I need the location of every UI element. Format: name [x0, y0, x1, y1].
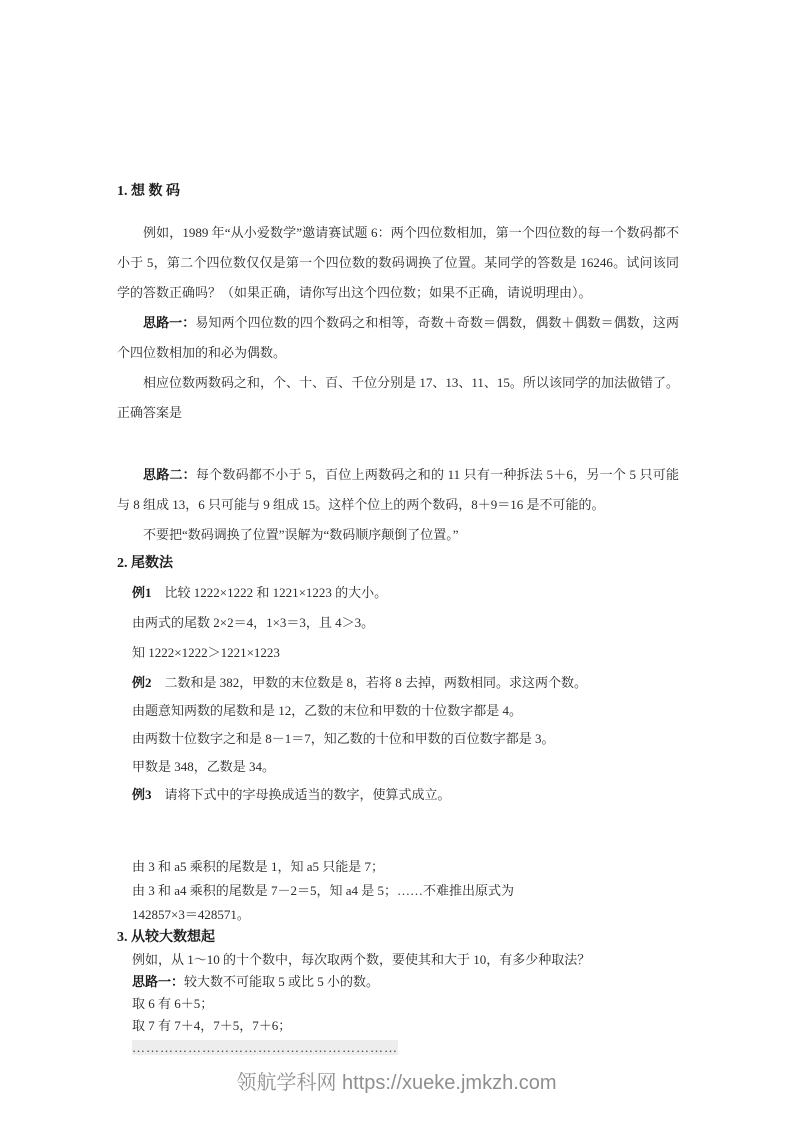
paragraph: 由两数十位数字之和是 8－1＝7，知乙数的十位和甲数的百位数字都是 3。 [117, 724, 679, 754]
paragraph: 相应位数两数码之和，个、十、百、千位分别是 17、13、11、15。所以该同学的… [117, 368, 679, 428]
paragraph-text: 相应位数两数码之和，个、十、百、千位分别是 17、13、11、15。所以该同学的… [117, 375, 679, 420]
paragraph-lead: 思路二： [143, 467, 196, 482]
example-label: 例2 [132, 675, 152, 690]
paragraph-text: 不要把“数码调换了位置”误解为“数码顺序颠倒了位置。” [143, 527, 459, 542]
ellipsis-line: ………………………………………………… [117, 1037, 679, 1059]
paragraph-text: 甲数是 348，乙数是 34。 [132, 759, 275, 774]
paragraph: 思路二：每个数码都不小于 5，百位上两数码之和的 11 只有一种拆法 5＋6，另… [117, 460, 679, 520]
paragraph: 知 1222×1222＞1221×1223 [117, 638, 679, 668]
paragraph: 甲数是 348，乙数是 34。 [117, 754, 679, 780]
paragraph-text: 由 3 和 a4 乘积的尾数是 7－2＝5，知 a4 是 5；……不难推出原式为 [132, 883, 514, 898]
paragraph-text: 较大数不可能取 5 或比 5 小的数。 [184, 974, 379, 989]
paragraph-text: 取 7 有 7＋4，7＋5，7＋6； [132, 1018, 291, 1033]
document-page: 1. 想 数 码 例如，1989 年“从小爱数学”邀请赛试题 6：两个四位数相加… [0, 0, 793, 1122]
paragraph: 由题意知两数的尾数和是 12，乙数的末位和甲数的十位数字都是 4。 [117, 698, 679, 724]
section-heading-3: 3. 从较大数想起 [117, 927, 679, 949]
paragraph-text: 例如，1989 年“从小爱数学”邀请赛试题 6：两个四位数相加，第一个四位数的每… [117, 225, 679, 300]
paragraph: 例如，从 1～10 的十个数中，每次取两个数，要使其和大于 10，有多少种取法？ [117, 949, 679, 971]
paragraph-text: 由两式的尾数 2×2＝4，1×3＝3，且 4＞3。 [132, 615, 374, 630]
paragraph-text: 请将下式中的字母换成适当的数字，使算式成立。 [165, 787, 451, 802]
document-body: 1. 想 数 码 例如，1989 年“从小爱数学”邀请赛试题 6：两个四位数相加… [117, 182, 679, 1059]
paragraph-lead: 思路一： [143, 315, 195, 330]
example-paragraph: 例3请将下式中的字母换成适当的数字，使算式成立。 [117, 780, 679, 810]
blank-figure-space [117, 810, 679, 855]
example-label: 例3 [132, 787, 152, 802]
example-paragraph: 例2二数和是 382，甲数的末位数是 8，若将 8 去掉，两数相同。求这两个数。 [117, 668, 679, 698]
section-heading-1: 1. 想 数 码 [117, 182, 679, 202]
paragraph-text: 每个数码都不小于 5，百位上两数码之和的 11 只有一种拆法 5＋6，另一个 5… [117, 467, 679, 512]
paragraph: 取 6 有 6＋5； [117, 993, 679, 1015]
paragraph: 142857×3＝428571。 [117, 903, 679, 927]
paragraph: 例如，1989 年“从小爱数学”邀请赛试题 6：两个四位数相加，第一个四位数的每… [117, 218, 679, 308]
site-watermark: 领航学科网 https://xueke.jmkzh.com [236, 1066, 556, 1095]
paragraph-text: 由 3 和 a5 乘积的尾数是 1，知 a5 只能是 7； [132, 859, 384, 874]
blank-figure-space [117, 428, 679, 460]
paragraph-text: 取 6 有 6＋5； [132, 996, 213, 1011]
paragraph-text: 由题意知两数的尾数和是 12，乙数的末位和甲数的十位数字都是 4。 [132, 703, 522, 718]
paragraph: 思路一：易知两个四位数的四个数码之和相等，奇数＋奇数＝偶数，偶数＋偶数＝偶数，这… [117, 308, 679, 368]
section-heading-2: 2. 尾数法 [117, 550, 679, 578]
paragraph-text: 二数和是 382，甲数的末位数是 8，若将 8 去掉，两数相同。求这两个数。 [165, 675, 588, 690]
paragraph-text: 由两数十位数字之和是 8－1＝7，知乙数的十位和甲数的百位数字都是 3。 [132, 731, 555, 746]
paragraph-text: 比较 1222×1222 和 1221×1223 的大小。 [165, 585, 388, 600]
ellipsis-dots: ………………………………………………… [132, 1040, 398, 1055]
paragraph: 取 7 有 7＋4，7＋5，7＋6； [117, 1015, 679, 1037]
paragraph: 思路一：较大数不可能取 5 或比 5 小的数。 [117, 971, 679, 993]
paragraph-text: 例如，从 1～10 的十个数中，每次取两个数，要使其和大于 10，有多少种取法？ [132, 952, 590, 967]
paragraph: 不要把“数码调换了位置”误解为“数码顺序颠倒了位置。” [117, 520, 679, 550]
example-paragraph: 例1比较 1222×1222 和 1221×1223 的大小。 [117, 578, 679, 608]
paragraph: 由 3 和 a4 乘积的尾数是 7－2＝5，知 a4 是 5；……不难推出原式为 [117, 879, 679, 903]
paragraph-lead: 思路一： [132, 974, 184, 989]
paragraph-text: 知 1222×1222＞1221×1223 [132, 645, 280, 660]
paragraph: 由两式的尾数 2×2＝4，1×3＝3，且 4＞3。 [117, 608, 679, 638]
paragraph-text: 易知两个四位数的四个数码之和相等，奇数＋奇数＝偶数，偶数＋偶数＝偶数，这两个四位… [117, 315, 679, 360]
paragraph: 由 3 和 a5 乘积的尾数是 1，知 a5 只能是 7； [117, 855, 679, 879]
example-label: 例1 [132, 585, 152, 600]
paragraph-text: 142857×3＝428571。 [132, 907, 250, 922]
